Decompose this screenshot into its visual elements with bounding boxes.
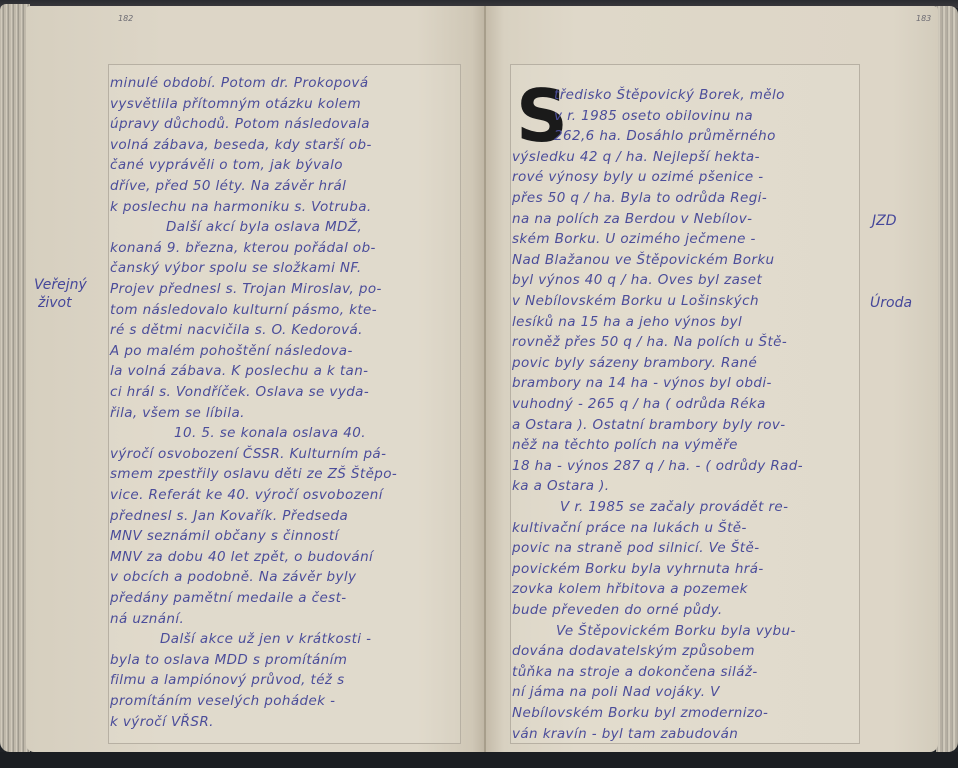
left-page: 182 Veřejný život minulé období. Potom d…	[26, 6, 486, 752]
right-page: 183 S JZD Úroda tředisko Štěpovický Bore…	[486, 6, 938, 752]
margin-note-uroda: Úroda	[870, 294, 912, 312]
margin-note-line: Veřejný	[34, 276, 87, 294]
handwritten-line: ván kravín - byl tam zabudován	[512, 721, 738, 747]
right-page-number: 183	[916, 14, 931, 23]
right-page-stack	[936, 6, 958, 752]
handwritten-line: k výročí VŘSR.	[110, 709, 214, 735]
book-cover-bottom-edge	[0, 752, 958, 768]
left-page-number: 182	[118, 14, 133, 23]
margin-note-verejny-zivot: Veřejný život	[34, 276, 87, 312]
margin-note-jzd: JZD	[872, 212, 897, 230]
open-book: 182 Veřejný život minulé období. Potom d…	[0, 0, 958, 768]
margin-note-line: život	[34, 294, 87, 312]
